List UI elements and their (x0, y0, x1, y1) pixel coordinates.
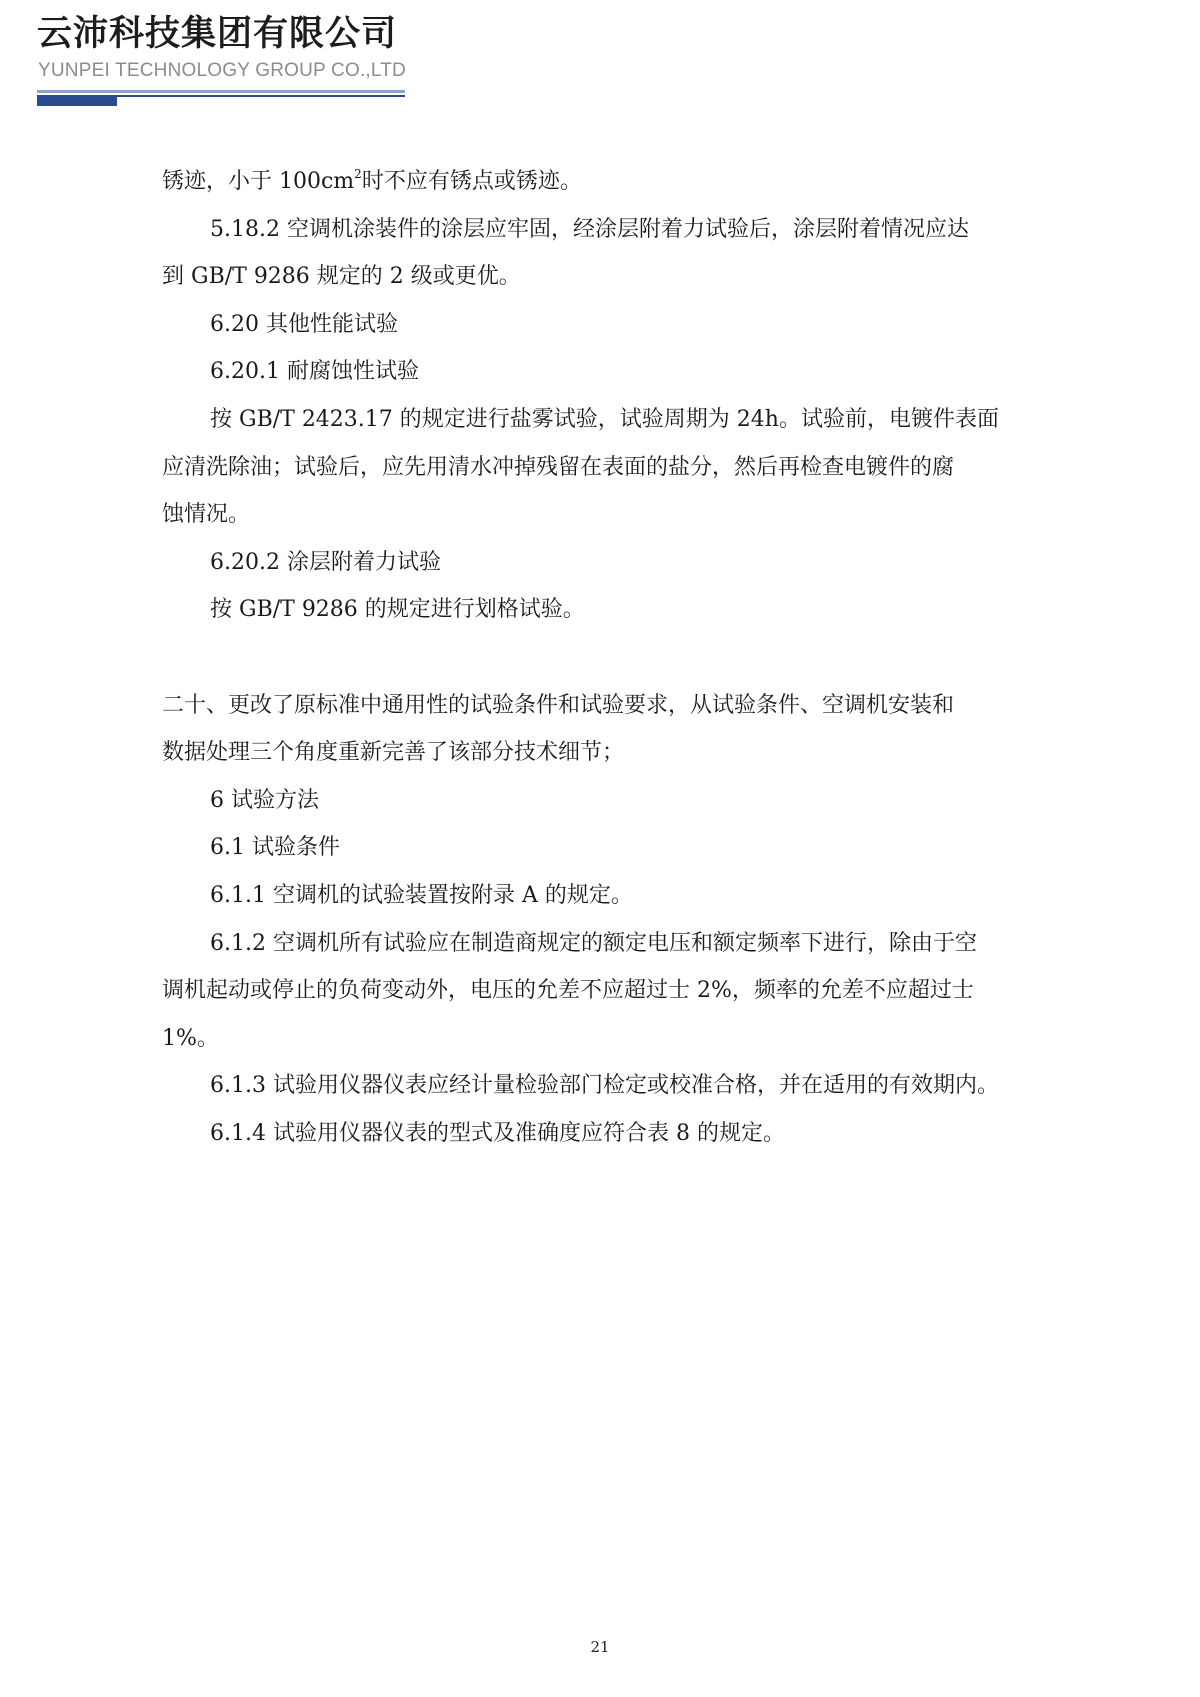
body-line-13: 数据处理三个角度重新完善了该部分技术细节； (162, 729, 1082, 777)
clause-6-1-2: 6.1.2 空调机所有试验应在制造商规定的额定电压和额定频率下进行，除由于空 (162, 920, 1082, 968)
heading-6-20-2: 6.20.2 涂层附着力试验 (162, 539, 1082, 587)
body-line-7: 应清洗除油；试验后，应先用清水冲掉残留在表面的盐分，然后再检查电镀件的腐 (162, 444, 1082, 492)
page-header: 云沛科技集团有限公司 YUNPEI TECHNOLOGY GROUP CO.,L… (37, 14, 409, 110)
body-line-3: 到 GB/T 9286 规定的 2 级或更优。 (162, 253, 1082, 301)
company-name-cn: 云沛科技集团有限公司 (37, 14, 397, 54)
heading-6-20: 6.20 其他性能试验 (162, 301, 1082, 349)
header-rule-light (37, 90, 405, 93)
page-number: 21 (0, 1638, 1200, 1656)
body-line-8: 蚀情况。 (162, 491, 1082, 539)
body-line-1: 锈迹，小于 100cm2时不应有锈点或锈迹。 (162, 158, 1082, 206)
clause-6-1-1: 6.1.1 空调机的试验装置按附录 A 的规定。 (162, 872, 1082, 920)
clause-5-18-2: 5.18.2 空调机涂装件的涂层应牢固，经涂层附着力试验后，涂层附着情况应达 (162, 206, 1082, 254)
body-line-10: 按 GB/T 9286 的规定进行划格试验。 (162, 586, 1082, 634)
body-line-18: 调机起动或停止的负荷变动外，电压的允差不应超过士 2%，频率的允差不应超过士 (162, 967, 1082, 1015)
blank-line (162, 634, 1082, 682)
item-twenty: 二十、更改了原标准中通用性的试验条件和试验要求，从试验条件、空调机安装和 (162, 682, 1082, 730)
superscript: 2 (354, 167, 362, 181)
heading-6-20-1: 6.20.1 耐腐蚀性试验 (162, 348, 1082, 396)
company-name-en: YUNPEI TECHNOLOGY GROUP CO.,LTD (38, 59, 406, 83)
line-text: 锈迹，小于 100cm (162, 169, 354, 194)
body-line-6: 按 GB/T 2423.17 的规定进行盐雾试验，试验周期为 24h。试验前，电… (162, 396, 1082, 444)
line-text: 时不应有锈点或锈迹。 (362, 169, 582, 194)
body-line-19: 1%。 (162, 1015, 1082, 1063)
document-body: 锈迹，小于 100cm2时不应有锈点或锈迹。 5.18.2 空调机涂装件的涂层应… (162, 158, 1082, 1157)
header-accent-block (37, 95, 117, 106)
heading-6-1: 6.1 试验条件 (162, 824, 1082, 872)
heading-6: 6 试验方法 (162, 777, 1082, 825)
clause-6-1-4: 6.1.4 试验用仪器仪表的型式及准确度应符合表 8 的规定。 (162, 1110, 1082, 1158)
clause-6-1-3: 6.1.3 试验用仪器仪表应经计量检验部门检定或校准合格，并在适用的有效期内。 (162, 1062, 1082, 1110)
